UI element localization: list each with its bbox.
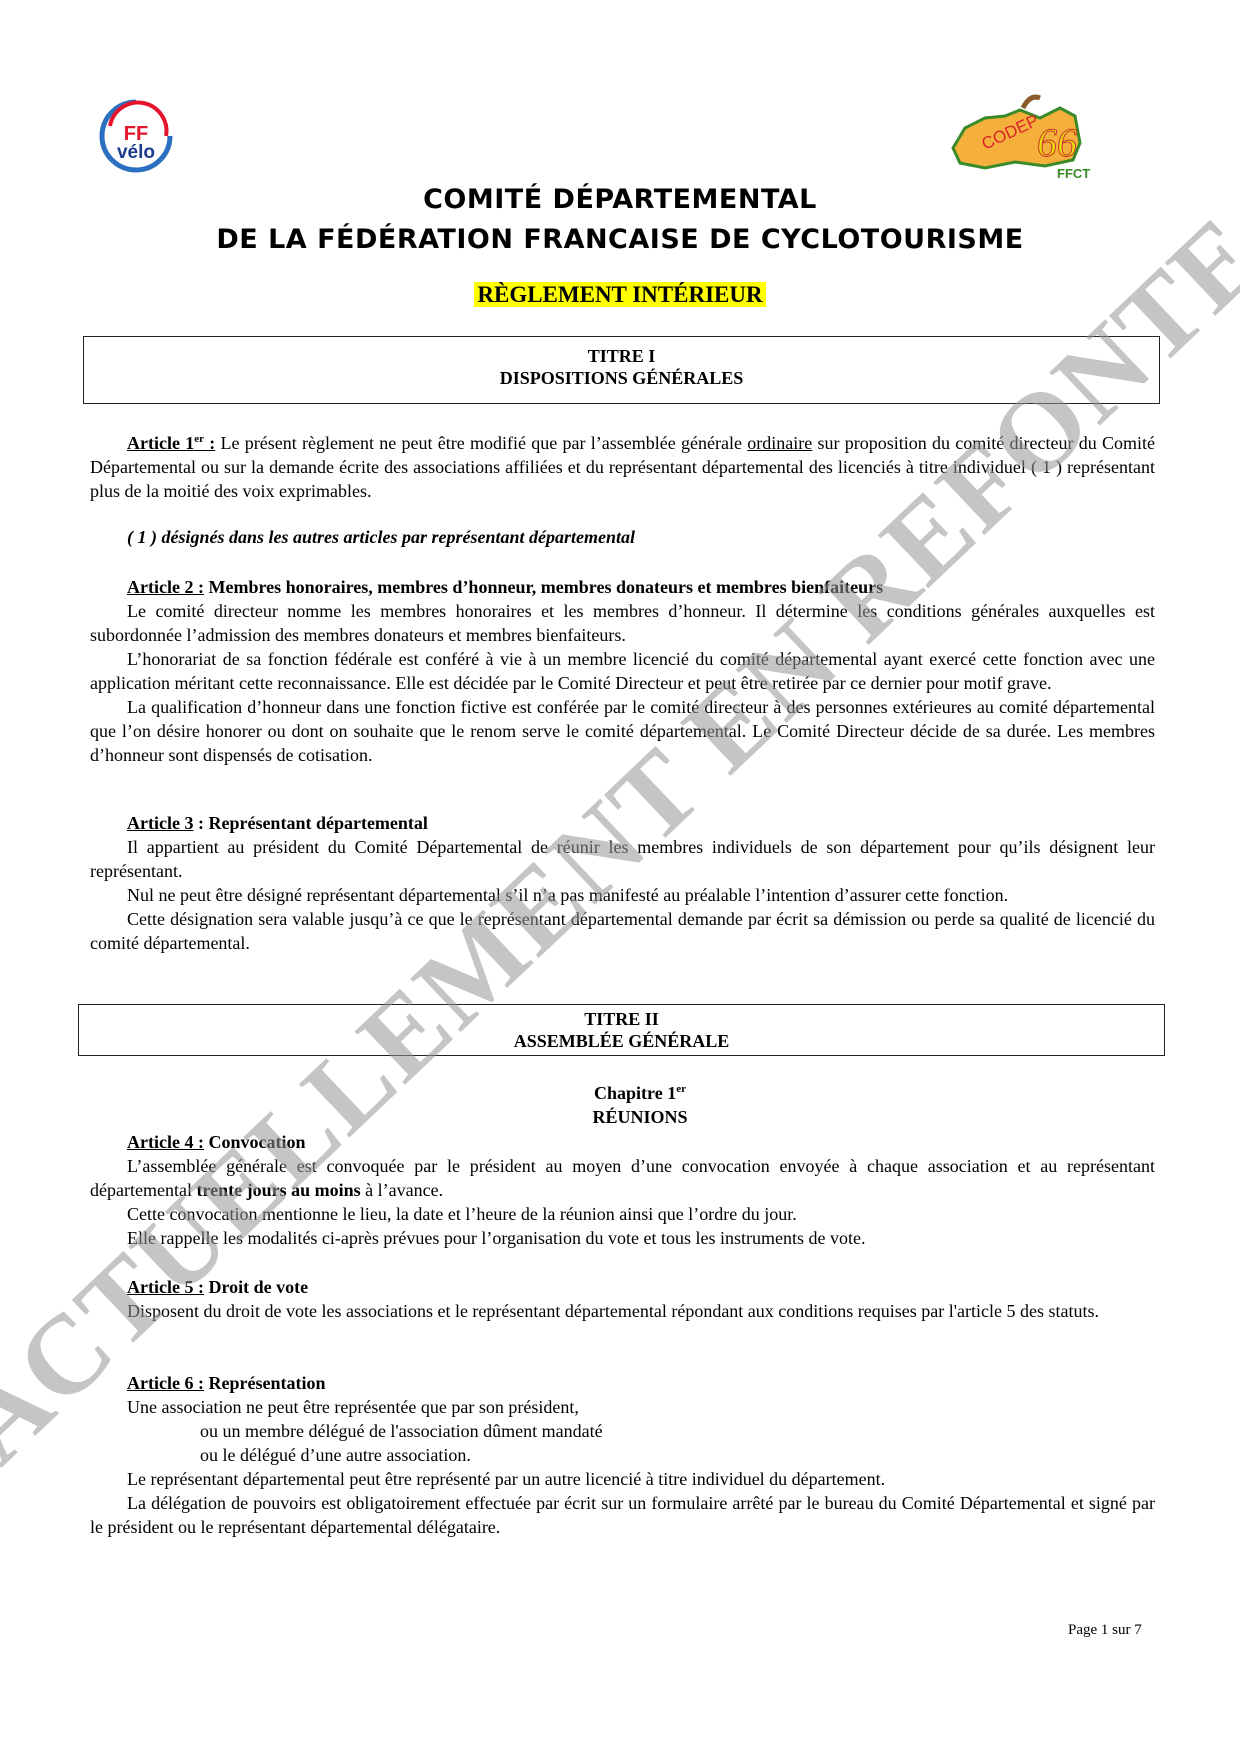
titre-1-box: TITRE I DISPOSITIONS GÉNÉRALES: [83, 336, 1160, 404]
titre-2-name: ASSEMBLÉE GÉNÉRALE: [79, 1030, 1164, 1052]
chapter-1-heading: Chapitre 1er RÉUNIONS: [0, 1081, 1240, 1129]
reglement-highlight: RÈGLEMENT INTÉRIEUR: [474, 282, 765, 307]
article-3-heading: Article 3 : Représentant départemental: [90, 811, 1155, 835]
codep66-logo: CODEP 66 FFCT: [945, 88, 1095, 183]
article-3: Article 3 : Représentant départemental I…: [90, 811, 1155, 955]
article-6: Article 6 : Représentation Une associati…: [90, 1371, 1155, 1539]
titre-1-name: DISPOSITIONS GÉNÉRALES: [84, 367, 1159, 389]
titre-2-label: TITRE II: [79, 1008, 1164, 1030]
titre-1-label: TITRE I: [84, 345, 1159, 367]
article-4: Article 4 : Convocation L’assemblée géné…: [90, 1130, 1155, 1250]
svg-text:66: 66: [1037, 120, 1077, 165]
titre-2-box: TITRE II ASSEMBLÉE GÉNÉRALE: [78, 1004, 1165, 1056]
article-4-heading: Article 4 : Convocation: [90, 1130, 1155, 1154]
article-1-label: Article 1er :: [127, 433, 215, 453]
document-type-heading: RÈGLEMENT INTÉRIEUR: [0, 282, 1240, 308]
article-2-heading: Article 2 : Membres honoraires, membres …: [90, 575, 1155, 599]
article-6-heading: Article 6 : Représentation: [90, 1371, 1155, 1395]
article-5-heading: Article 5 : Droit de vote: [90, 1275, 1155, 1299]
document-page: FF vélo CODEP 66 FFCT COMITÉ DÉPARTEMENT…: [0, 0, 1240, 1754]
ordinaire-underlined: ordinaire: [747, 433, 812, 453]
ffvelo-logo: FF vélo: [96, 96, 176, 176]
article-2: Article 2 : Membres honoraires, membres …: [90, 575, 1155, 767]
main-title-line2: DE LA FÉDÉRATION FRANCAISE DE CYCLOTOURI…: [0, 224, 1240, 255]
page-number: Page 1 sur 7: [1068, 1622, 1142, 1639]
svg-text:vélo: vélo: [117, 142, 155, 163]
svg-text:FFCT: FFCT: [1057, 166, 1090, 181]
article-5: Article 5 : Droit de vote Disposent du d…: [90, 1275, 1155, 1323]
article-1: Article 1er : Le présent règlement ne pe…: [90, 431, 1155, 503]
main-title-line1: COMITÉ DÉPARTEMENTAL: [0, 184, 1240, 215]
footnote-1: ( 1 ) désignés dans les autres articles …: [90, 525, 1155, 549]
